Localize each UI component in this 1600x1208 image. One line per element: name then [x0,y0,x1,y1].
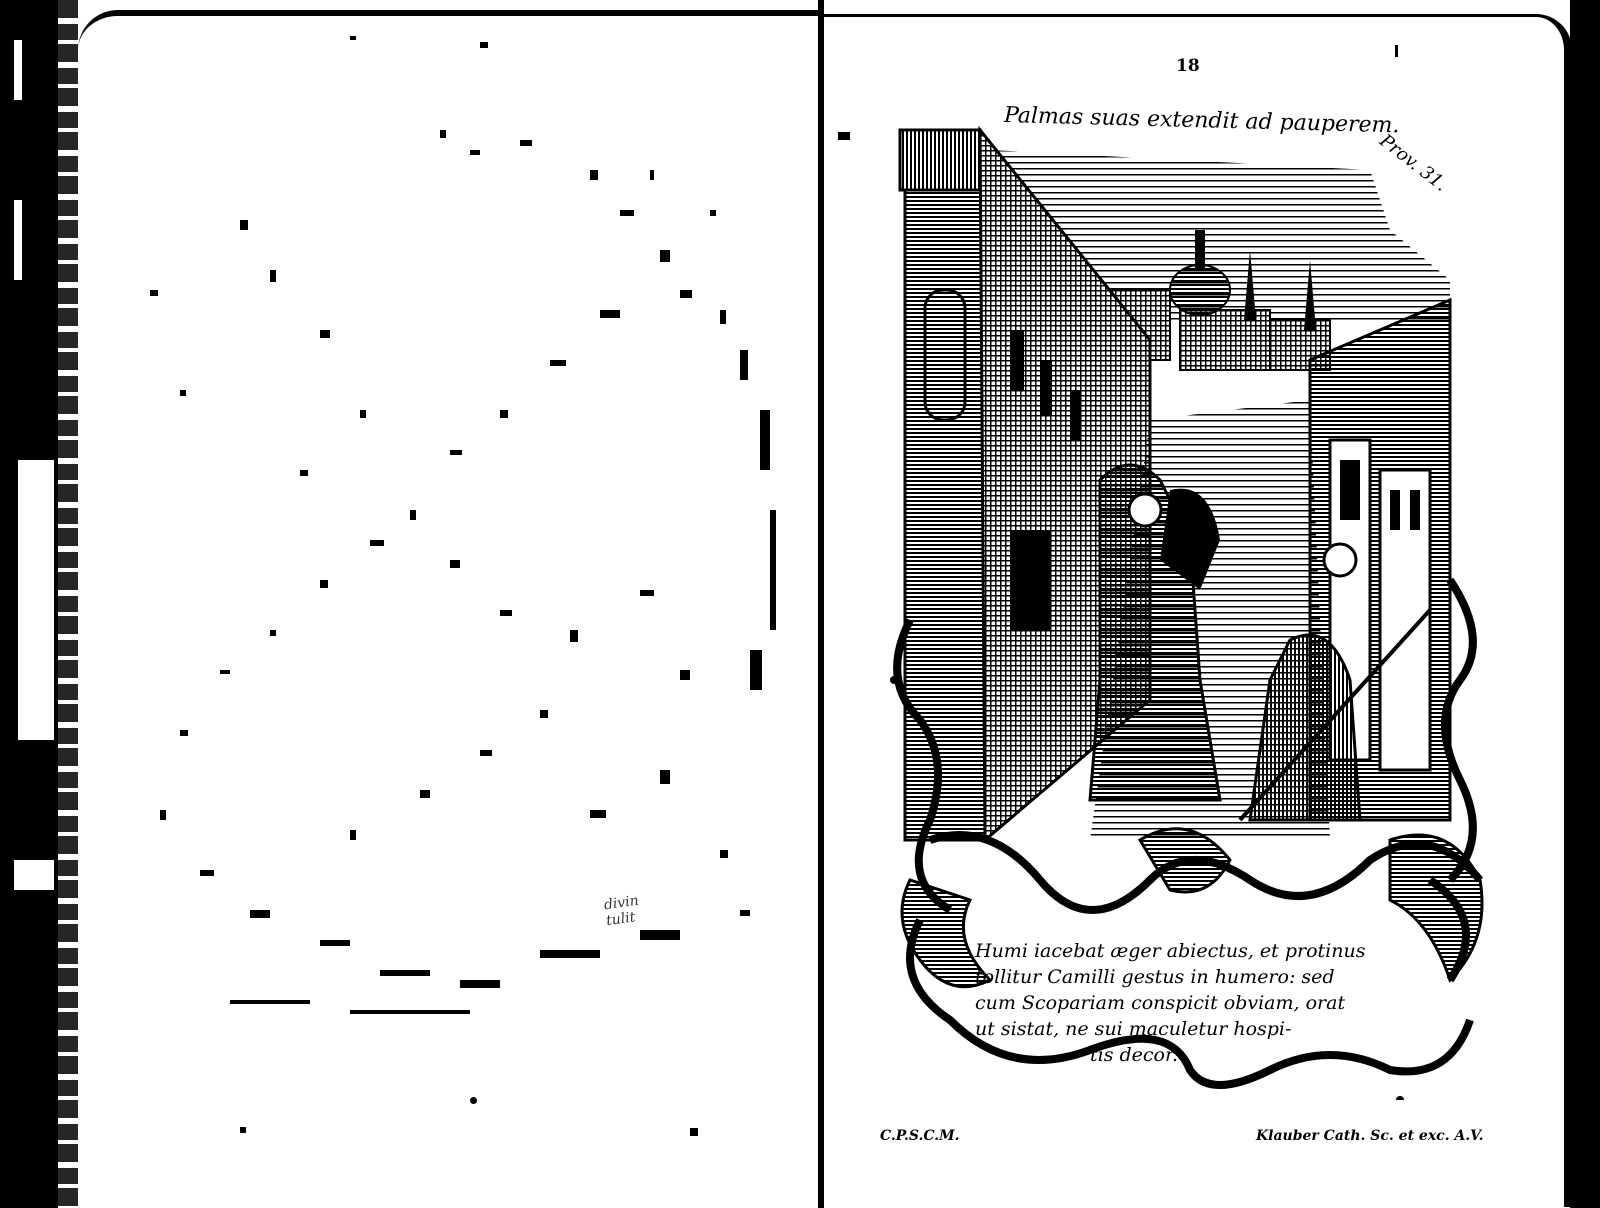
book-spine-left [0,0,58,1208]
page-stack-edge [58,0,78,1208]
caption-line: Humi iacebat æger abiectus, et protinus [975,938,1375,964]
scan-speck [350,36,356,40]
engraver-credit-right: Klauber Cath. Sc. et exc. A.V. [1256,1128,1483,1144]
scan-speck [240,1127,246,1133]
scan-speck [1395,45,1398,57]
spine-gap [14,200,22,280]
scan-speck [470,1097,477,1104]
scan-speck [480,42,488,48]
spine-gap [14,860,54,890]
scan-speck [838,132,850,140]
engraving-caption: Humi iacebat æger abiectus, et protinus … [975,938,1375,1068]
spine-gap [14,40,22,100]
bleed-fragment: divin tulit [603,893,642,930]
engraver-credit-left: C.P.S.C.M. [880,1128,959,1144]
scan-speck [890,676,898,684]
caption-line: ut sistat, ne sui maculetur hospi- [975,1016,1375,1042]
page-number: 18 [1176,56,1200,76]
caption-line: cum Scopariam conspicit obviam, orat [975,990,1375,1016]
caption-line: tis decor. [975,1042,1375,1068]
spine-label-strip [18,460,54,740]
caption-line: tollitur Camilli gestus in humero: sed [975,964,1375,990]
scan-speck [690,1128,698,1136]
book-edge-right [1570,0,1600,1208]
show-through-bleed [120,110,800,1070]
